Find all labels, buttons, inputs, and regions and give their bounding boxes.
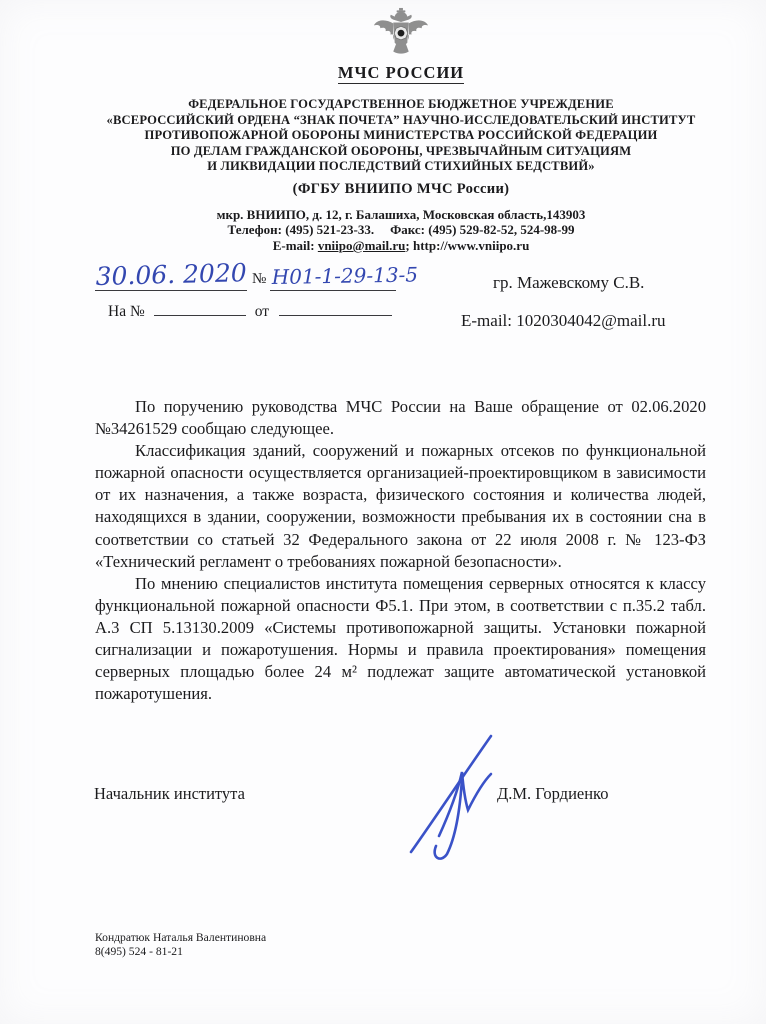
na-number-label: На № <box>108 303 145 320</box>
institution-line: ПО ДЕЛАМ ГРАЖДАНСКОЙ ОБОРОНЫ, ЧРЕЗВЫЧАЙН… <box>18 144 766 160</box>
email-label: E-mail: <box>273 238 318 253</box>
outgoing-number-field: Н01-1-29-13-5 <box>270 258 396 291</box>
executor-block: Кондратюк Наталья Валентиновна 8(495) 52… <box>95 931 266 959</box>
institution-short-name: (ФГБУ ВНИИПО МЧС России) <box>18 181 766 198</box>
institution-line: И ЛИКВИДАЦИИ ПОСЛЕДСТВИЙ СТИХИЙНЫХ БЕДСТ… <box>18 159 766 175</box>
executor-phone: 8(495) 524 - 81-21 <box>95 945 266 959</box>
signer-position-title: Начальник института <box>94 784 245 804</box>
contacts-block: мкр. ВНИИПО, д. 12, г. Балашиха, Московс… <box>18 207 766 253</box>
scanned-letter-page: МЧС РОССИИ ФЕДЕРАЛЬНОЕ ГОСУДАРСТВЕННОЕ Б… <box>0 0 766 1024</box>
ministry-title-text: МЧС РОССИИ <box>338 63 464 84</box>
number-sign-label: № <box>252 271 266 291</box>
signer-name: Д.М. Гордиенко <box>497 784 608 804</box>
incoming-reference-line: На №от <box>108 300 392 321</box>
recipient-name: гр. Мажевскому С.В. <box>493 273 644 293</box>
outgoing-date-field: 30.06. 2020 <box>95 258 247 291</box>
executor-name: Кондратюк Наталья Валентиновна <box>95 931 266 945</box>
handwritten-date: 30.06. 2020 <box>95 258 247 291</box>
phone-text: Телефон: (495) 521-23-33. <box>228 222 375 237</box>
mchs-emblem-icon <box>372 6 430 66</box>
body-paragraph-2: Классификация зданий, сооружений и пожар… <box>95 440 706 573</box>
incoming-date-blank <box>279 300 392 316</box>
institution-name-block: ФЕДЕРАЛЬНОЕ ГОСУДАРСТВЕННОЕ БЮДЖЕТНОЕ УЧ… <box>18 97 766 175</box>
email-link: vniipo@mail.ru <box>318 238 406 253</box>
body-paragraph-1: По поручению руководства МЧС России на В… <box>95 396 706 440</box>
handwritten-number: Н01-1-29-13-5 <box>272 262 419 289</box>
handwritten-signature <box>404 731 498 863</box>
institution-line: ПРОТИВОПОЖАРНОЙ ОБОРОНЫ МИНИСТЕРСТВА РОС… <box>18 128 766 144</box>
outgoing-reference-line: 30.06. 2020 № Н01-1-29-13-5 <box>95 258 396 291</box>
letter-body: По поручению руководства МЧС России на В… <box>95 396 706 705</box>
phone-fax-line: Телефон: (495) 521-23-33.Факс: (495) 529… <box>18 222 766 237</box>
email-line: E-mail: vniipo@mail.ru; http://www.vniip… <box>18 238 766 253</box>
body-paragraph-3: По мнению специалистов института помещен… <box>95 573 706 706</box>
ministry-title: МЧС РОССИИ <box>18 63 766 83</box>
address-line: мкр. ВНИИПО, д. 12, г. Балашиха, Московс… <box>18 207 766 222</box>
website-text: ; http://www.vniipo.ru <box>405 238 529 253</box>
institution-line: «ВСЕРОССИЙСКИЙ ОРДЕНА “ЗНАК ПОЧЕТА” НАУЧ… <box>18 113 766 129</box>
fax-text: Факс: (495) 529-82-52, 524-98-99 <box>390 222 574 237</box>
ot-label: от <box>255 303 269 320</box>
recipient-email: E-mail: 1020304042@mail.ru <box>461 311 666 331</box>
institution-line: ФЕДЕРАЛЬНОЕ ГОСУДАРСТВЕННОЕ БЮДЖЕТНОЕ УЧ… <box>18 97 766 113</box>
incoming-number-blank <box>154 300 246 316</box>
